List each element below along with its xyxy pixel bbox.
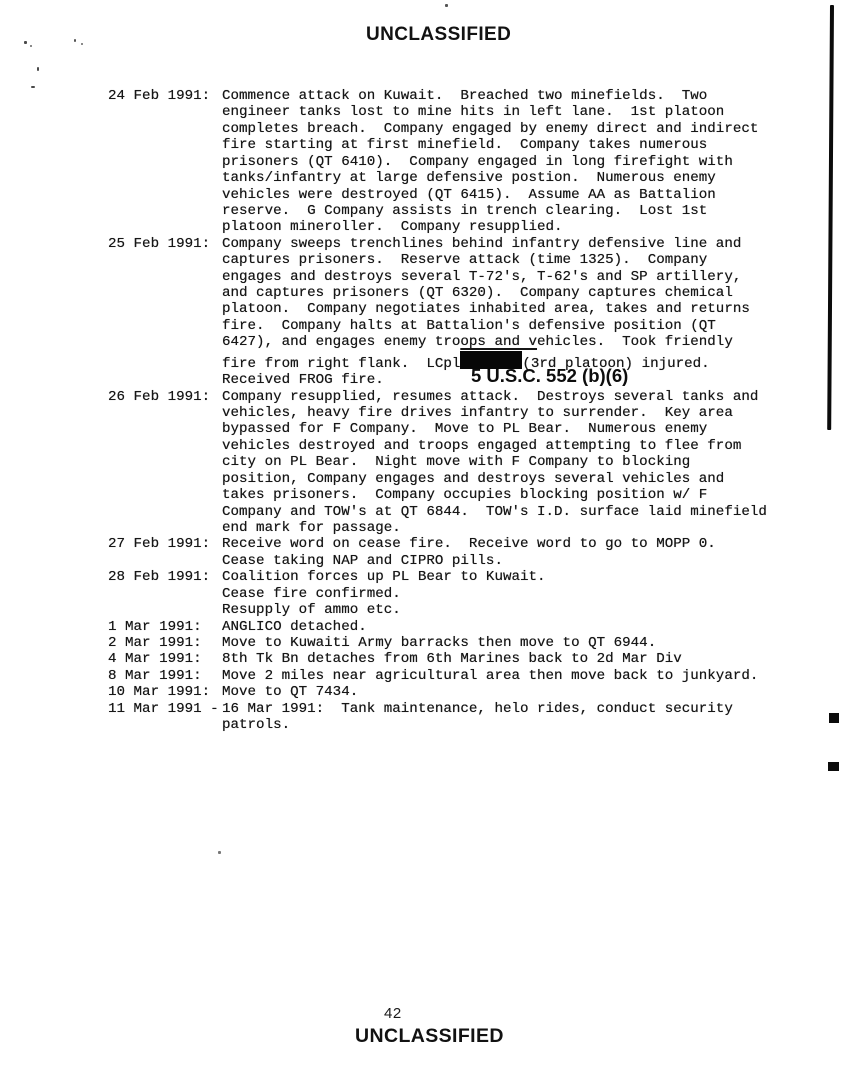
foia-exemption-stamp: 5 U.S.C. 552 (b)(6): [471, 365, 628, 387]
document-page: UNCLASSIFIED 24 Feb 1991:Commence attack…: [0, 0, 850, 1087]
log-entry: 4 Mar 1991:8th Tk Bn detaches from 6th M…: [108, 651, 767, 667]
scan-edge-line: [827, 5, 834, 430]
entry-text: Coalition forces up PL Bear to Kuwait.Ce…: [222, 569, 546, 618]
entry-date: 1 Mar 1991:: [108, 619, 222, 635]
entry-date: 28 Feb 1991:: [108, 569, 222, 618]
entry-date: 26 Feb 1991:: [108, 389, 222, 537]
entry-text: 16 Mar 1991: Tank maintenance, helo ride…: [222, 701, 733, 734]
entry-date: 27 Feb 1991:: [108, 536, 222, 569]
log-entry: 11 Mar 1991 -16 Mar 1991: Tank maintenan…: [108, 701, 767, 734]
entry-text: Move to Kuwaiti Army barracks then move …: [222, 635, 656, 651]
scan-speck: [445, 4, 448, 7]
entry-date: 11 Mar 1991 -: [108, 701, 222, 734]
log-entry: 1 Mar 1991:ANGLICO detached.: [108, 619, 767, 635]
log-entries: 24 Feb 1991:Commence attack on Kuwait. B…: [108, 88, 767, 733]
entry-text: Commence attack on Kuwait. Breached two …: [222, 88, 758, 236]
entry-text: Receive word on cease fire. Receive word…: [222, 536, 716, 569]
classification-footer: UNCLASSIFIED: [355, 1025, 504, 1048]
log-entry: 26 Feb 1991:Company resupplied, resumes …: [108, 389, 767, 537]
scan-speck: [74, 39, 76, 42]
scan-speck: [218, 851, 221, 854]
log-entry: 27 Feb 1991:Receive word on cease fire. …: [108, 536, 767, 569]
entry-date: 24 Feb 1991:: [108, 88, 222, 236]
classification-header: UNCLASSIFIED: [366, 24, 511, 46]
entry-date: 10 Mar 1991:: [108, 684, 222, 700]
log-entry: 10 Mar 1991:Move to QT 7434.: [108, 684, 767, 700]
entry-date: 4 Mar 1991:: [108, 651, 222, 667]
page-number: 42: [384, 1005, 402, 1022]
scan-speck: [31, 86, 35, 88]
log-entry: 2 Mar 1991:Move to Kuwaiti Army barracks…: [108, 635, 767, 651]
scan-speck: [81, 43, 83, 45]
entry-date: 2 Mar 1991:: [108, 635, 222, 651]
entry-text: Move to QT 7434.: [222, 684, 358, 700]
scan-speck: [30, 45, 32, 47]
entry-text: Company resupplied, resumes attack. Dest…: [222, 389, 767, 537]
scan-mark: [828, 762, 839, 771]
scan-mark: [829, 713, 839, 723]
log-entry: 24 Feb 1991:Commence attack on Kuwait. B…: [108, 88, 767, 236]
scan-speck: [37, 67, 39, 71]
entry-text: 8th Tk Bn detaches from 6th Marines back…: [222, 651, 682, 667]
entry-text: Move 2 miles near agricultural area then…: [222, 668, 758, 684]
scan-speck: [24, 41, 27, 44]
log-entry: 28 Feb 1991:Coalition forces up PL Bear …: [108, 569, 767, 618]
entry-date: 25 Feb 1991:: [108, 236, 222, 389]
log-entry: 25 Feb 1991:Company sweeps trenchlines b…: [108, 236, 767, 389]
entry-text: ANGLICO detached.: [222, 619, 367, 635]
log-entry: 8 Mar 1991:Move 2 miles near agricultura…: [108, 668, 767, 684]
entry-date: 8 Mar 1991:: [108, 668, 222, 684]
